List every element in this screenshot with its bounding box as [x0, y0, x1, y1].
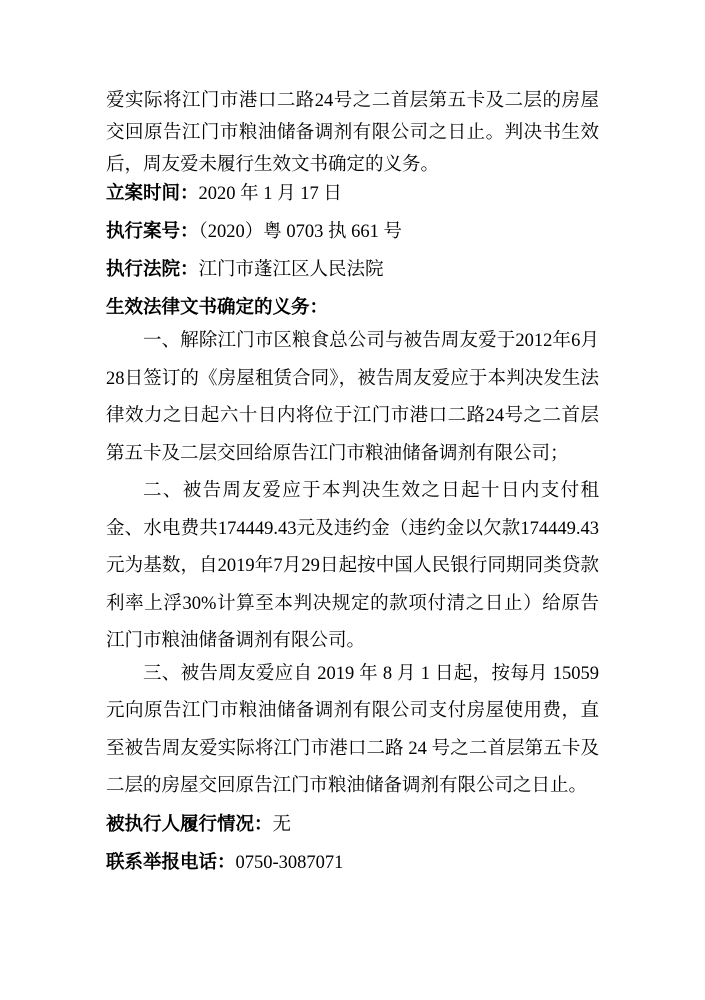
- case-info-fields: 立案时间：2020 年 1 月 17 日 执行案号：（2020）粤 0703 执…: [106, 175, 599, 327]
- performance-label: 被执行人履行情况：: [106, 815, 273, 835]
- performance-field: 被执行人履行情况：无: [106, 806, 599, 844]
- hotline-label: 联系举报电话：: [106, 853, 236, 873]
- obligation-item-2: 二、被告周友爱应于本判决生效之日起十日内支付租金、水电费共174449.43元及…: [106, 473, 599, 661]
- case-number-label: 执行案号：: [106, 222, 199, 242]
- filing-date-value: 2020 年 1 月 17 日: [199, 184, 342, 204]
- hotline-value: 0750-3087071: [236, 853, 344, 873]
- obligations-list: 一、解除江门市区粮食总公司与被告周友爱于2012年6月28日签订的《房屋租赁合同…: [106, 323, 599, 806]
- obligation-item-3: 三、被告周友爱应自 2019 年 8 月 1 日起，按每月 15059 元向原告…: [106, 656, 599, 806]
- court-label: 执行法院：: [106, 260, 199, 280]
- filing-date-label: 立案时间：: [106, 184, 199, 204]
- case-number-field: 执行案号：（2020）粤 0703 执 661 号: [106, 213, 599, 251]
- footer-fields: 被执行人履行情况：无 联系举报电话：0750-3087071: [106, 806, 599, 882]
- performance-value: 无: [273, 815, 292, 835]
- court-field: 执行法院：江门市蓬江区人民法院: [106, 251, 599, 289]
- document-page: 爱实际将江门市港口二路24号之二首层第五卡及二层的房屋交回原告江门市粮油储备调剂…: [0, 0, 705, 1000]
- hotline-field: 联系举报电话：0750-3087071: [106, 844, 599, 882]
- obligation-item-1: 一、解除江门市区粮食总公司与被告周友爱于2012年6月28日签订的《房屋租赁合同…: [106, 323, 599, 473]
- obligations-heading: 生效法律文书确定的义务：: [106, 289, 599, 327]
- court-value: 江门市蓬江区人民法院: [199, 260, 384, 280]
- continuation-paragraph: 爱实际将江门市港口二路24号之二首层第五卡及二层的房屋交回原告江门市粮油储备调剂…: [106, 85, 599, 181]
- case-number-value: （2020）粤 0703 执 661 号: [199, 222, 403, 242]
